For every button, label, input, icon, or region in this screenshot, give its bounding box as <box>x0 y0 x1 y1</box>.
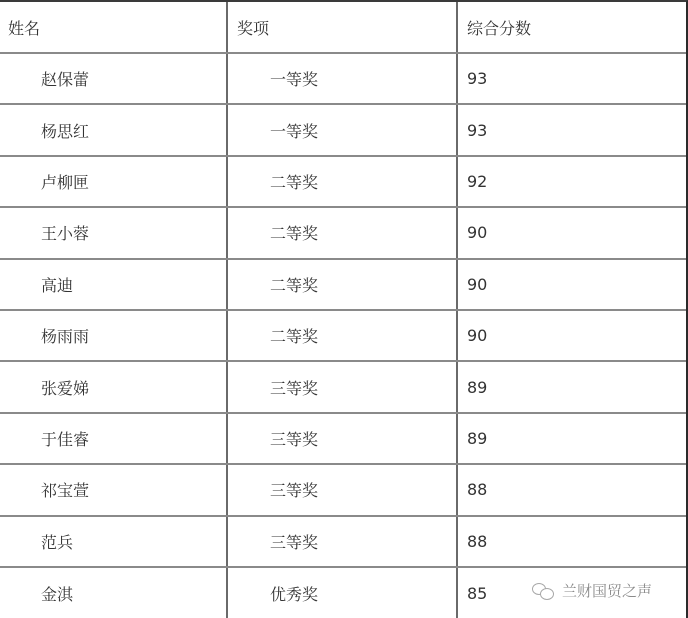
cell-award: 优秀奖 <box>227 567 457 618</box>
table-row: 赵保蕾 一等奖 93 <box>0 53 686 104</box>
cell-score: 88 <box>457 516 686 567</box>
cell-score: 93 <box>457 53 686 104</box>
cell-award: 三等奖 <box>227 413 457 464</box>
cell-score: 89 <box>457 361 686 412</box>
cell-score: 92 <box>457 156 686 207</box>
cell-name: 王小蓉 <box>0 207 227 258</box>
cell-award: 二等奖 <box>227 207 457 258</box>
header-name: 姓名 <box>0 2 227 53</box>
cell-award: 一等奖 <box>227 104 457 155</box>
cell-name: 杨雨雨 <box>0 310 227 361</box>
table-row: 范兵 三等奖 88 <box>0 516 686 567</box>
cell-name: 赵保蕾 <box>0 53 227 104</box>
award-table-frame: 姓名 奖项 综合分数 赵保蕾 一等奖 93 杨思红 一等奖 93 卢柳匣 二等奖… <box>0 0 688 618</box>
wechat-icon <box>532 583 556 599</box>
cell-name: 张爱娣 <box>0 361 227 412</box>
table-row: 高迪 二等奖 90 <box>0 259 686 310</box>
cell-name: 杨思红 <box>0 104 227 155</box>
cell-award: 三等奖 <box>227 361 457 412</box>
cell-name: 金淇 <box>0 567 227 618</box>
table-row: 张爱娣 三等奖 89 <box>0 361 686 412</box>
watermark-text: 兰财国贸之声 <box>562 580 652 601</box>
table-row: 杨雨雨 二等奖 90 <box>0 310 686 361</box>
cell-name: 祁宝萱 <box>0 464 227 515</box>
cell-name: 卢柳匣 <box>0 156 227 207</box>
watermark: 兰财国贸之声 <box>532 580 652 601</box>
table-row: 于佳睿 三等奖 89 <box>0 413 686 464</box>
cell-name: 于佳睿 <box>0 413 227 464</box>
header-score: 综合分数 <box>457 2 686 53</box>
table-row: 祁宝萱 三等奖 88 <box>0 464 686 515</box>
header-award: 奖项 <box>227 2 457 53</box>
cell-name: 高迪 <box>0 259 227 310</box>
cell-score: 93 <box>457 104 686 155</box>
cell-award: 二等奖 <box>227 310 457 361</box>
cell-score: 90 <box>457 259 686 310</box>
cell-score: 90 <box>457 207 686 258</box>
cell-award: 三等奖 <box>227 464 457 515</box>
table-header-row: 姓名 奖项 综合分数 <box>0 2 686 53</box>
cell-name: 范兵 <box>0 516 227 567</box>
table-row: 杨思红 一等奖 93 <box>0 104 686 155</box>
table-row: 卢柳匣 二等奖 92 <box>0 156 686 207</box>
cell-award: 三等奖 <box>227 516 457 567</box>
cell-score: 90 <box>457 310 686 361</box>
award-table: 姓名 奖项 综合分数 赵保蕾 一等奖 93 杨思红 一等奖 93 卢柳匣 二等奖… <box>0 2 686 618</box>
table-row: 王小蓉 二等奖 90 <box>0 207 686 258</box>
cell-award: 二等奖 <box>227 259 457 310</box>
cell-score: 89 <box>457 413 686 464</box>
cell-award: 一等奖 <box>227 53 457 104</box>
cell-score: 88 <box>457 464 686 515</box>
cell-award: 二等奖 <box>227 156 457 207</box>
